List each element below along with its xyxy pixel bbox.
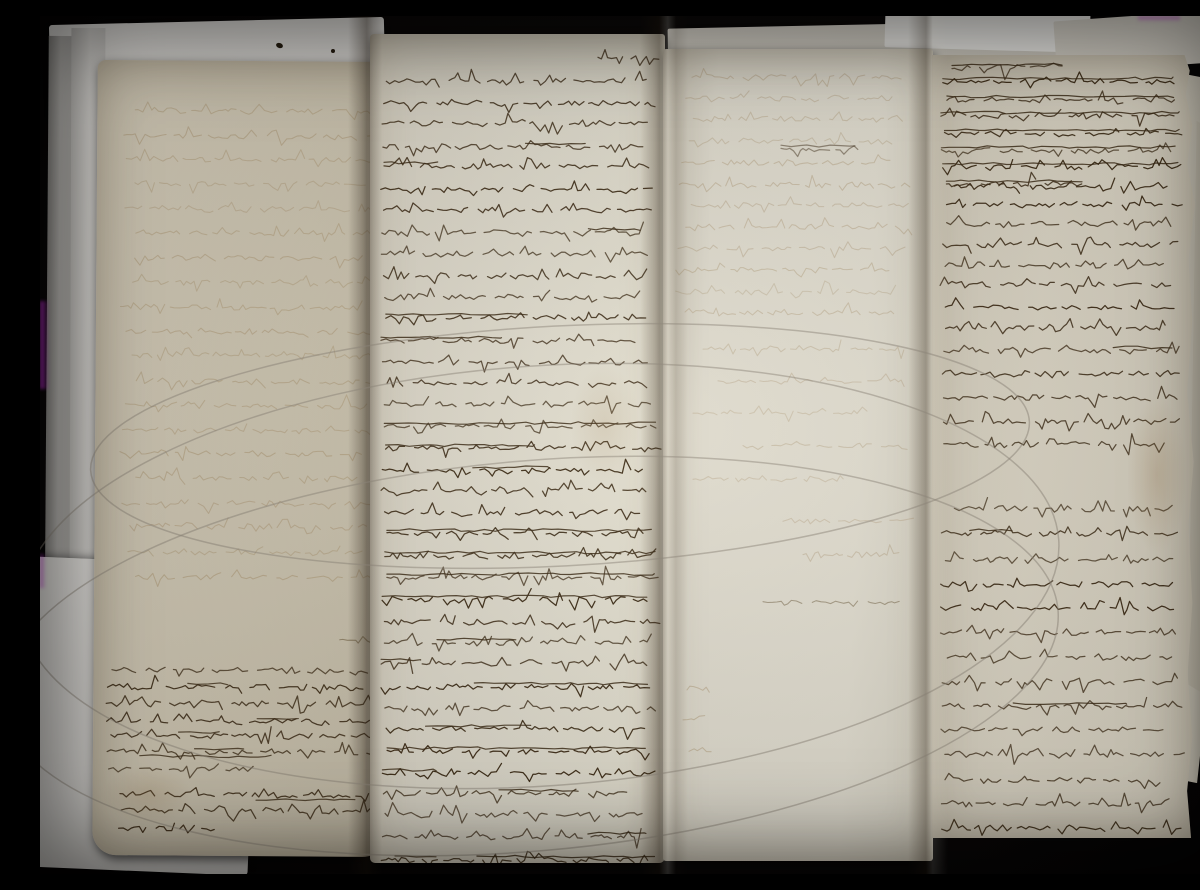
handwriting-centre-page (370, 34, 665, 863)
ink-speck (331, 49, 335, 53)
handwriting-left-page (92, 60, 398, 857)
handwriting-centre-right-page (663, 49, 933, 861)
page-centre-right-bleedthrough (663, 49, 933, 861)
page-centre-draft (370, 34, 665, 863)
page-left-verso (92, 60, 398, 857)
page-right-letter (932, 55, 1195, 838)
chromatic-fringe (40, 301, 49, 389)
handwriting-right-page (932, 55, 1195, 838)
chromatic-fringe (40, 554, 46, 588)
chromatic-fringe (1138, 16, 1180, 22)
manuscript-photo (40, 16, 1200, 874)
